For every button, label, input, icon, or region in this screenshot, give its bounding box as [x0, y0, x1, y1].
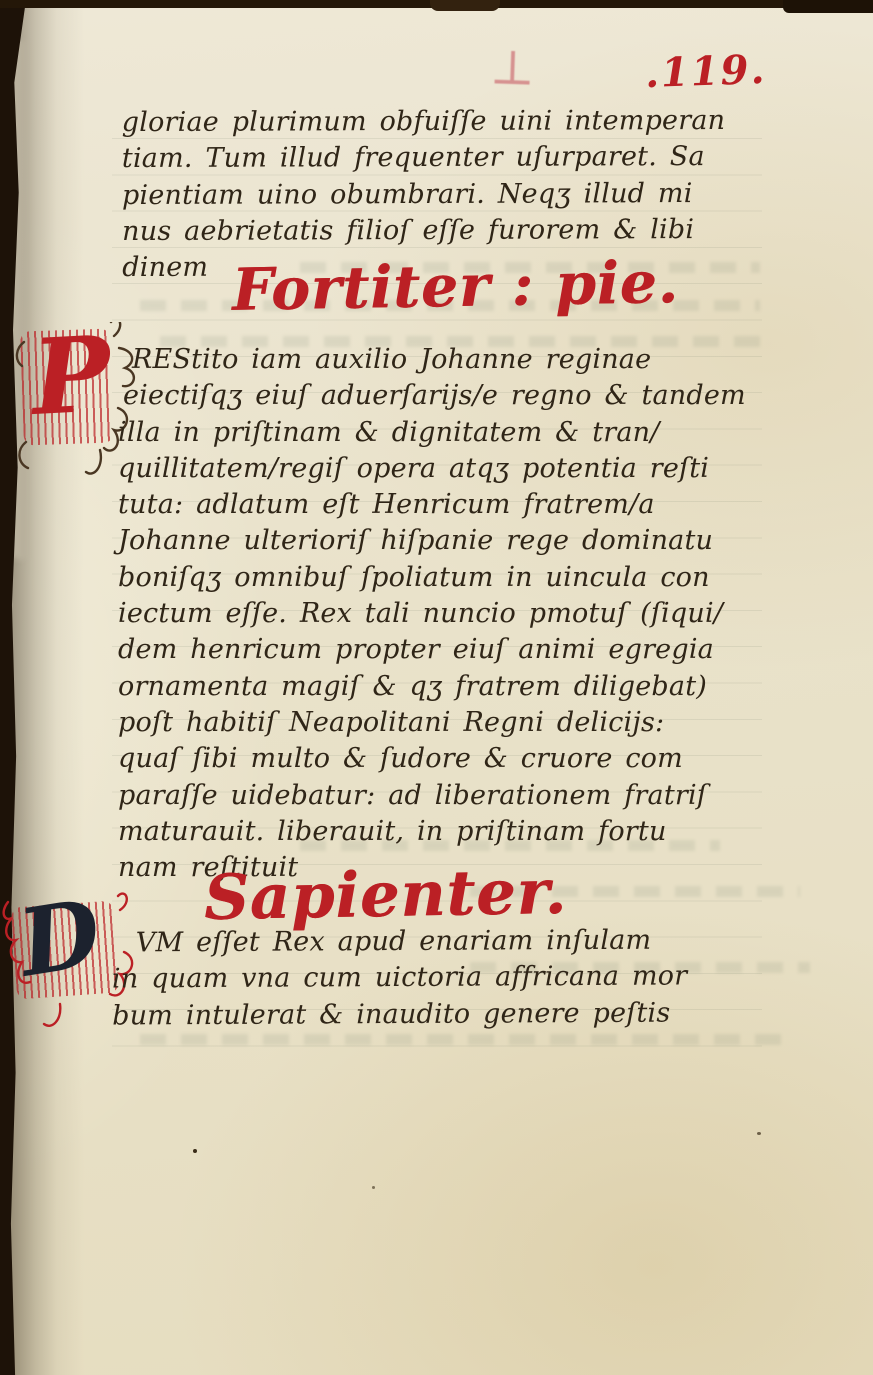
manuscript-line: bum intulerat & inaudito genere peſtis [112, 995, 688, 1034]
manuscript-line: ornamenta magiſ & qʒ fratrem diligebat) [118, 669, 746, 705]
parchment-speck [372, 1186, 375, 1189]
manuscript-line: quillitatem/regiſ opera atqʒ potentia re… [118, 451, 746, 487]
book-top-edge [0, 0, 873, 8]
manuscript-line: pientiam uino obumbrari. Neqʒ illud mi [122, 176, 726, 214]
manuscript-line: dem henricum propter eiuſ animi egregia [118, 632, 746, 668]
manuscript-line: gloriae plurimum obfuiſſe uini intempera… [122, 103, 726, 141]
rubric-heading-sapienter: Sapienter. [203, 855, 567, 934]
manuscript-line: maturauit. liberauit, in priſtinam fortu [118, 814, 746, 850]
manuscript-line: quaſ ſibi multo & ſudore & cruore com [118, 741, 746, 777]
manuscript-line: Johanne ulterioriſ hiſpanie rege dominat… [118, 523, 746, 559]
manuscript-line: illa in priſtinam & dignitatem & tran/ [118, 415, 746, 451]
initial-letter: D [13, 886, 106, 989]
manuscript-line: eiectiſqʒ eiuſ aduerſarijs/e regno & tan… [118, 378, 746, 414]
ink-showthrough [140, 1034, 790, 1045]
initial-letter: P [29, 322, 113, 430]
manuscript-line: paraſſe uidebatur: ad liberationem fratr… [118, 778, 746, 814]
quire-mark: ⊥ [489, 39, 536, 97]
manuscript-line: in quam vna cum uictoria affricana mor [112, 959, 688, 998]
manuscript-line: nus aebrietatis filioſ eſſe furorem & li… [122, 212, 726, 250]
parchment-speck [757, 1132, 761, 1135]
paragraph-sapienter: VM eſſet Rex apud enariam inſulam in qua… [112, 922, 688, 1034]
manuscript-line: tiam. Tum illud frequenter uſurparet. Sa [122, 139, 726, 177]
manuscript-line: poſt habitiſ Neapolitani Regni delicijs: [118, 705, 746, 741]
manuscript-line: tuta: adlatum eſt Henricum fratrem/a [118, 487, 746, 523]
paragraph-fortiter: REStito iam auxilio Johanne reginae eiec… [118, 342, 746, 886]
decorated-initial-d: D [0, 892, 130, 1042]
parchment-speck [193, 1149, 197, 1153]
manuscript-line: boniſqʒ omnibuſ ſpoliatum in uincula con [118, 560, 746, 596]
decorated-initial-p: P [14, 322, 134, 482]
rubric-heading-fortiter: Fortiter : pie. [231, 248, 679, 324]
manuscript-line: VM eſſet Rex apud enariam inſulam [112, 922, 688, 961]
manuscript-line: iectum eſſe. Rex tali nuncio pmotuſ (ſiq… [118, 596, 746, 632]
folio-number: .119. [644, 46, 767, 97]
manuscript-line: REStito iam auxilio Johanne reginae [118, 342, 746, 378]
manuscript-page: .119. ⊥ gloriae plurimum obfuiſſe uini i… [0, 0, 873, 1375]
